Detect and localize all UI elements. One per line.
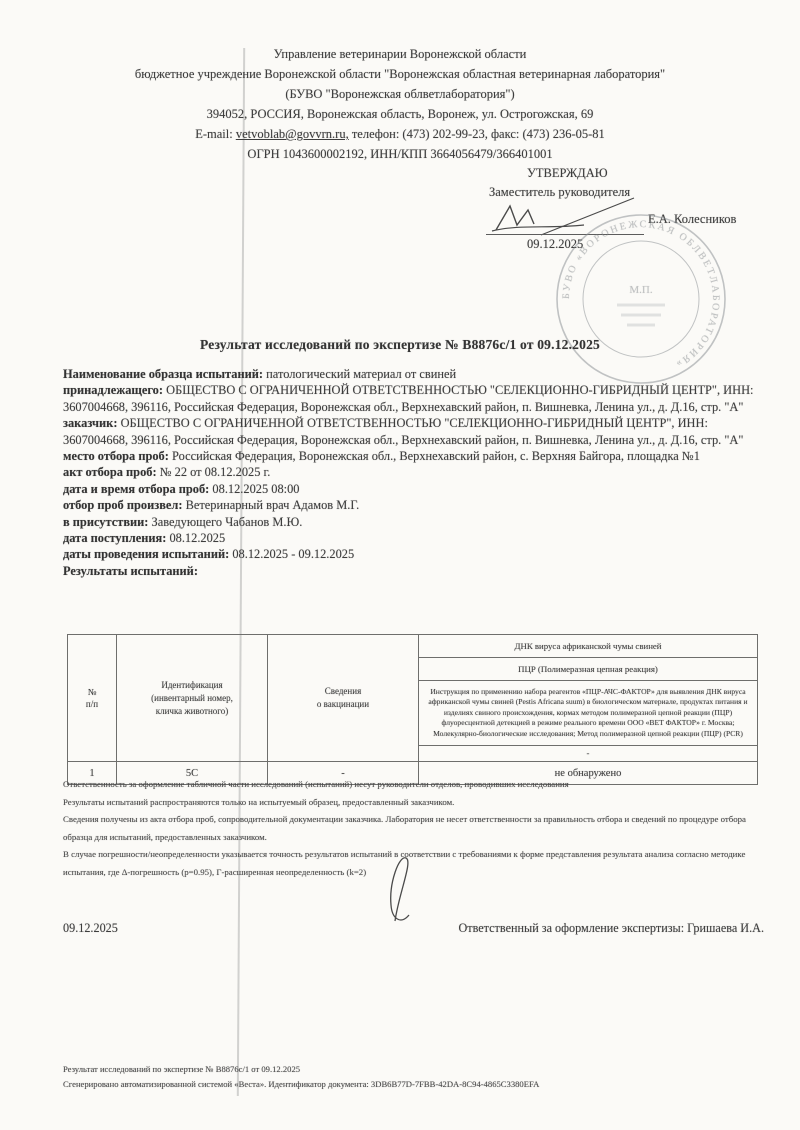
detail-label: дата и время отбора проб: (63, 482, 209, 496)
org-requisites: ОГРН 1043600002192, ИНН/КПП 3664056479/3… (50, 144, 750, 164)
detail-line: в присутствии: Заведующего Чабанов М.Ю. (63, 514, 760, 530)
detail-label: даты проведения испытаний: (63, 547, 229, 561)
detail-value: 08.12.2025 (169, 531, 225, 545)
email-label: E-mail: (195, 127, 233, 141)
detail-value: 08.12.2025 08:00 (212, 482, 299, 496)
detail-label: акт отбора проб: (63, 465, 157, 479)
detail-value: № 22 от 08.12.2025 г. (160, 465, 271, 479)
footer-doc-ref: Результат исследований по экспертизе № В… (63, 1062, 763, 1077)
document-footer: Результат исследований по экспертизе № В… (63, 1062, 763, 1091)
test-target-header: ДНК вируса африканской чумы свиней (419, 635, 758, 658)
org-name-line1: Управление ветеринарии Воронежской облас… (50, 44, 750, 64)
detail-value: 08.12.2025 - 09.12.2025 (232, 547, 354, 561)
footer-generated-note: Сгенерировано автоматизированной системо… (63, 1077, 763, 1092)
table-header-row: № п/п Идентификация (инвентарный номер, … (68, 635, 758, 658)
org-name-line3: (БУВО "Воронежская облветлаборатория") (50, 84, 750, 104)
detail-label: отбор проб произвел: (63, 498, 182, 512)
detail-label: дата поступления: (63, 531, 166, 545)
detail-value: патологический материал от свиней (266, 367, 456, 381)
scanned-document-page: Управление ветеринарии Воронежской облас… (0, 0, 800, 1130)
detail-line: даты проведения испытаний: 08.12.2025 - … (63, 546, 760, 562)
detail-line: заказчик: ОБЩЕСТВО С ОГРАНИЧЕННОЙ ОТВЕТС… (63, 415, 760, 448)
col-header-vaccination: Сведения о вакцинации (268, 635, 419, 762)
detail-label: принадлежащего: (63, 383, 163, 397)
signature-line (486, 234, 644, 235)
approval-label: УТВЕРЖДАЮ (527, 166, 608, 181)
responsible-signature (373, 853, 425, 929)
test-instruction-header: Инструкция по применению набора реагенто… (419, 681, 758, 746)
detail-line: дата поступления: 08.12.2025 (63, 530, 760, 546)
detail-value: ОБЩЕСТВО С ОГРАНИЧЕННОЙ ОТВЕТСТВЕННОСТЬЮ… (63, 416, 743, 446)
detail-value: Ветеринарный врач Адамов М.Г. (186, 498, 360, 512)
org-name-line2: бюджетное учреждение Воронежской области… (50, 64, 750, 84)
sample-details: Наименование образца испытаний: патологи… (63, 366, 760, 579)
results-table: № п/п Идентификация (инвентарный номер, … (67, 634, 758, 785)
responsible-person: Ответственный за оформление экспертизы: … (458, 921, 764, 936)
detail-label: в присутствии: (63, 515, 148, 529)
detail-line: место отбора проб: Российская Федерация,… (63, 448, 760, 464)
detail-value: Заведующего Чабанов М.Ю. (152, 515, 303, 529)
detail-label: заказчик: (63, 416, 117, 430)
detail-line: Наименование образца испытаний: патологи… (63, 366, 760, 382)
page-title: Результат исследований по экспертизе № В… (0, 337, 800, 353)
stamp-center-text: М.П. (629, 284, 652, 296)
org-address: 394052, РОССИЯ, Воронежская область, Вор… (50, 104, 750, 124)
approval-date: 09.12.2025 (527, 237, 583, 252)
phone-fax: телефон: (473) 202-99-23, факс: (473) 23… (352, 127, 605, 141)
test-unit-header: - (419, 746, 758, 762)
approver-signature (486, 194, 646, 236)
col-header-identification: Идентификация (инвентарный номер, кличка… (117, 635, 268, 762)
detail-value: ОБЩЕСТВО С ОГРАНИЧЕННОЙ ОТВЕТСТВЕННОСТЬЮ… (63, 383, 753, 413)
approver-name: Е.А. Колесников (648, 212, 736, 227)
footnote: Сведения получены из акта отбора проб, с… (63, 811, 763, 846)
results-section-label: Результаты испытаний: (63, 563, 760, 579)
detail-line: дата и время отбора проб: 08.12.2025 08:… (63, 481, 760, 497)
test-method-header: ПЦР (Полимеразная цепная реакция) (419, 658, 758, 681)
detail-label: Наименование образца испытаний: (63, 367, 263, 381)
email-link: vetvoblab@govvrn.ru, (236, 127, 349, 141)
detail-value: Российская Федерация, Воронежская обл., … (172, 449, 700, 463)
stamp-blur-lines (617, 305, 665, 325)
detail-line: принадлежащего: ОБЩЕСТВО С ОГРАНИЧЕННОЙ … (63, 382, 760, 415)
detail-label: место отбора проб: (63, 449, 169, 463)
footnote: Ответственность за оформление табличной … (63, 776, 763, 794)
letterhead: Управление ветеринарии Воронежской облас… (50, 44, 750, 164)
signoff-date: 09.12.2025 (63, 921, 118, 936)
footnote: Результаты испытаний распространяются то… (63, 794, 763, 812)
org-contacts: E-mail: vetvoblab@govvrn.ru, телефон: (4… (50, 124, 750, 144)
detail-line: акт отбора проб: № 22 от 08.12.2025 г. (63, 464, 760, 480)
detail-line: отбор проб произвел: Ветеринарный врач А… (63, 497, 760, 513)
col-header-num: № п/п (68, 635, 117, 762)
